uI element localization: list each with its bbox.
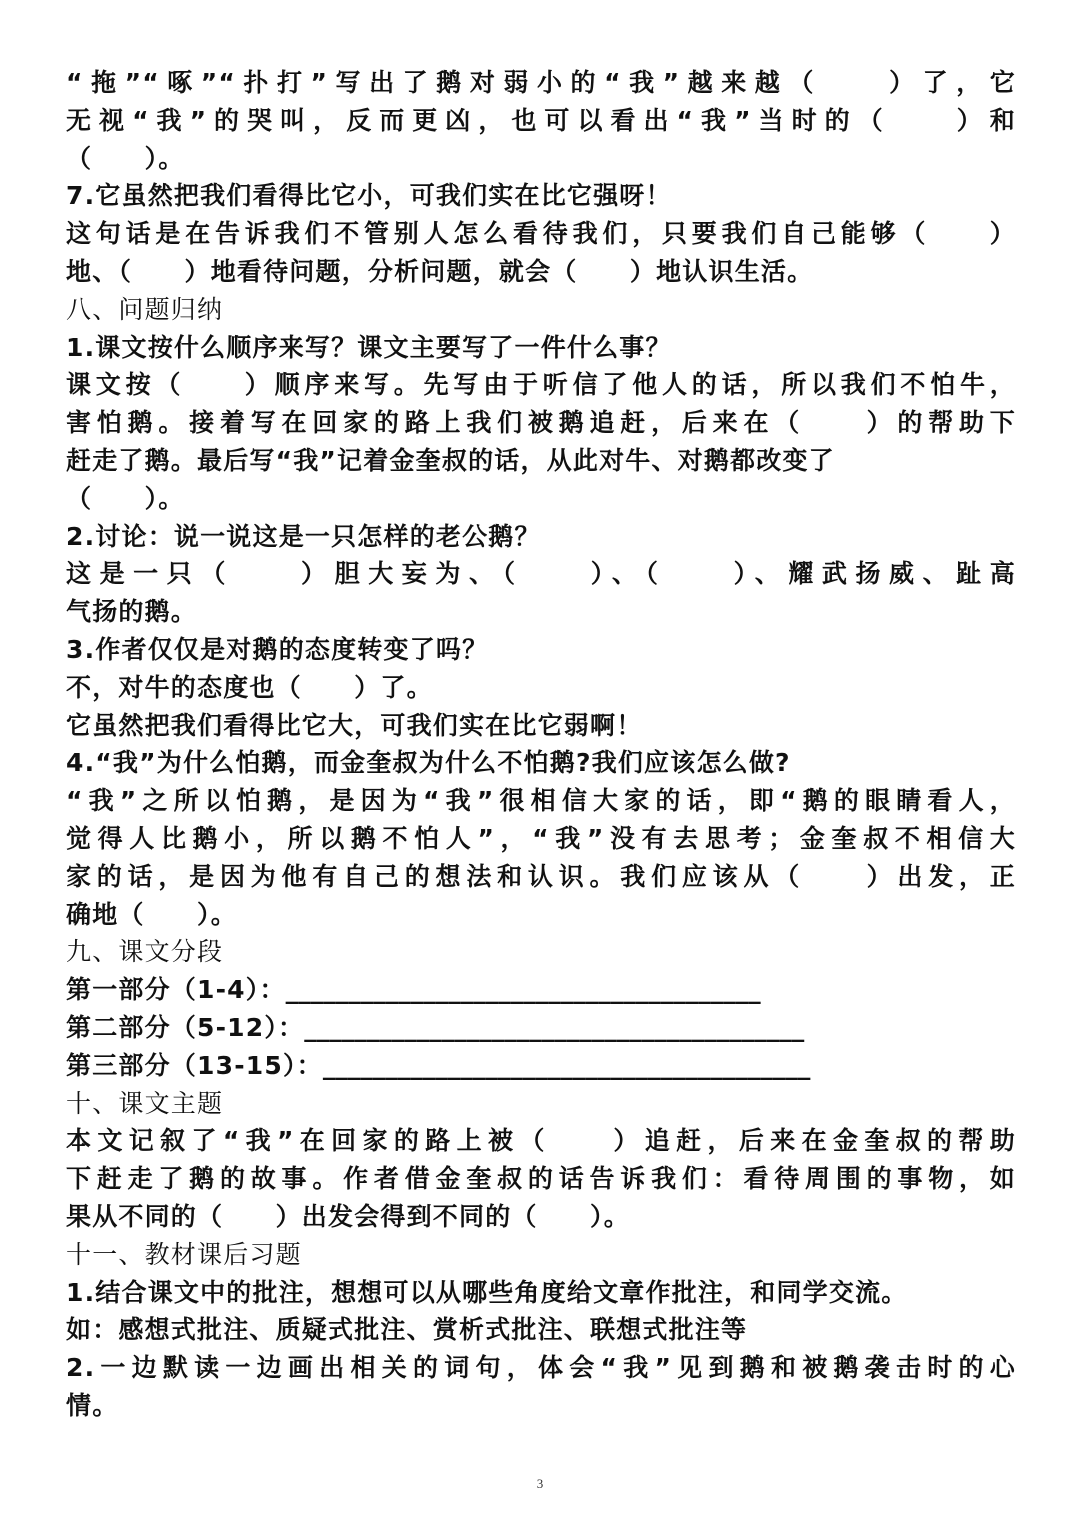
section-10-heading: 十、课文主题 — [66, 1085, 1016, 1123]
s8-q4-answer-line-4: 确地（ ）。 — [66, 896, 1016, 934]
s10-line-3: 果从不同的（ ）出发会得到不同的（ ）。 — [66, 1198, 1016, 1236]
s8-q3-answer-line-1: 不，对牛的态度也（ ）了。 — [66, 669, 1016, 707]
s9-part-3: 第三部分（13-15）：____________________________… — [66, 1047, 1016, 1085]
s10-line-2: 下赶走了鹅的故事。作者借金奎叔的话告诉我们：看待周围的事物，如 — [66, 1160, 1016, 1198]
q6-text-line-2: 无视“我”的哭叫，反而更凶，也可以看出“我”当时的（ ）和 — [66, 102, 1016, 140]
s8-q1-answer-line-2: 害怕鹅。接着写在回家的路上我们被鹅追赶，后来在（ ）的帮助下 — [66, 404, 1016, 442]
s11-q1-answer: 如：感想式批注、质疑式批注、赏析式批注、联想式批注等 — [66, 1311, 1016, 1349]
s8-q2-question: 2.讨论：说一说这是一只怎样的老公鹅？ — [66, 518, 1016, 556]
s9-part-2: 第二部分（5-12）：_____________________________… — [66, 1009, 1016, 1047]
s8-q4-answer-line-3: 家的话，是因为他有自己的想法和认识。我们应该从（ ）出发，正 — [66, 858, 1016, 896]
q7-question: 7.它虽然把我们看得比它小，可我们实在比它强呀！ — [66, 177, 1016, 215]
s10-line-1: 本文记叙了“我”在回家的路上被（ ）追赶，后来在金奎叔的帮助 — [66, 1122, 1016, 1160]
s8-q4-answer-line-1: “我”之所以怕鹅，是因为“我”很相信大家的话，即“鹅的眼睛看人， — [66, 782, 1016, 820]
s8-q3-answer-line-2: 它虽然把我们看得比它大，可我们实在比它弱啊！ — [66, 707, 1016, 745]
s8-q3-question: 3.作者仅仅是对鹅的态度转变了吗？ — [66, 631, 1016, 669]
s8-q4-answer-line-2: 觉得人比鹅小，所以鹅不怕人”，“我”没有去思考；金奎叔不相信大 — [66, 820, 1016, 858]
worksheet-page: “拖”“啄”“扑打”写出了鹅对弱小的“我”越来越（ ）了，它 无视“我”的哭叫，… — [66, 64, 1016, 1425]
page-number: 3 — [0, 1476, 1080, 1492]
q6-text-line-1: “拖”“啄”“扑打”写出了鹅对弱小的“我”越来越（ ）了，它 — [66, 64, 1016, 102]
s9-part-1-label: 第一部分（1-4）： — [66, 975, 286, 1004]
s8-q1-question: 1.课文按什么顺序来写？课文主要写了一件什么事？ — [66, 329, 1016, 367]
s11-q1-question: 1.结合课文中的批注，想想可以从哪些角度给文章作批注，和同学交流。 — [66, 1274, 1016, 1312]
q7-answer-line-2: 地、（ ）地看待问题，分析问题，就会（ ）地认识生活。 — [66, 253, 1016, 291]
q6-text-line-3: （ ）。 — [66, 140, 1016, 178]
s9-part-2-label: 第二部分（5-12）： — [66, 1013, 304, 1042]
q7-answer-line-1: 这句话是在告诉我们不管别人怎么看待我们，只要我们自己能够（ ） — [66, 215, 1016, 253]
s9-part-1-blank[interactable]: ______________________________________ — [286, 975, 761, 1004]
s9-part-3-label: 第三部分（13-15）： — [66, 1051, 323, 1080]
s8-q1-answer-line-4: （ ）。 — [66, 480, 1016, 518]
section-8-heading: 八、问题归纳 — [66, 291, 1016, 329]
s8-q4-question: 4.“我”为什么怕鹅，而金奎叔为什么不怕鹅?我们应该怎么做? — [66, 744, 1016, 782]
s8-q2-answer-line-2: 气扬的鹅。 — [66, 593, 1016, 631]
s9-part-1: 第一部分（1-4）：______________________________… — [66, 971, 1016, 1009]
s8-q1-answer-line-1: 课文按（ ）顺序来写。先写由于听信了他人的话，所以我们不怕牛， — [66, 366, 1016, 404]
s9-part-3-blank[interactable]: _______________________________________ — [323, 1051, 811, 1080]
section-11-heading: 十一、教材课后习题 — [66, 1236, 1016, 1274]
s9-part-2-blank[interactable]: ________________________________________ — [304, 1013, 804, 1042]
s8-q2-answer-line-1: 这是一只（ ）胆大妄为、（ ）、（ ）、耀武扬威、趾高 — [66, 555, 1016, 593]
s11-q2-line-2: 情。 — [66, 1387, 1016, 1425]
section-9-heading: 九、课文分段 — [66, 933, 1016, 971]
s8-q1-answer-line-3: 赶走了鹅。最后写“我”记着金奎叔的话，从此对牛、对鹅都改变了 — [66, 442, 1016, 480]
s11-q2-line-1: 2.一边默读一边画出相关的词句，体会“我”见到鹅和被鹅袭击时的心 — [66, 1349, 1016, 1387]
